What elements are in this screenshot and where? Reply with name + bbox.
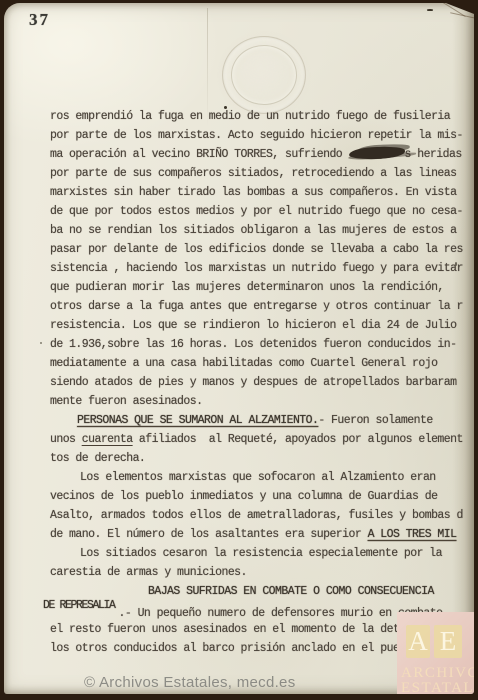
text-line: mediatamente a una casa habilitadas como… — [50, 354, 474, 373]
scan-background: { "page": { "number": "37" }, "watermark… — [0, 0, 478, 700]
text-segment: - Fueron solamente — [318, 414, 432, 427]
ink-speck — [40, 342, 42, 344]
text-segment: A LOS TRES MIL — [368, 528, 457, 541]
text-segment: de que por todos estos medios y por el n… — [50, 205, 463, 218]
text-line: PERSONAS QUE SE SUMARON AL ALZAMIENTO.- … — [77, 411, 474, 430]
text-line: ma operación al vecino BRIÑO TORRES, suf… — [50, 145, 474, 164]
text-segment: de mano. El número de los asaltantes era… — [50, 528, 368, 541]
text-segment: ros emprendió la fuga en medio de un nut… — [50, 110, 450, 123]
text-segment: PERSONAS QUE SE SUMARON AL ALZAMIENTO. — [77, 414, 318, 427]
text-line: que pudieran morir las mujeres determina… — [50, 278, 474, 297]
text-line: de que por todos estos medios y por el n… — [50, 202, 474, 221]
text-line: resistencia. Los que se rindieron lo hic… — [50, 316, 474, 335]
text-line: ba no se rendian los sitiados obligaron … — [50, 221, 474, 240]
ae-logo-letter-e: E — [440, 626, 457, 657]
text-line: pasar por delante de los edificios donde… — [50, 240, 474, 259]
text-segment: tos de derecha. — [50, 452, 145, 465]
text-segment: Los elementos marxistas que sofocaron al… — [80, 471, 436, 484]
text-segment: los otros conducidos al barco prisión an… — [50, 642, 437, 655]
text-segment: afiliados al Requeté, apoyados por algun… — [133, 433, 463, 446]
text-segment: carestia de armas y municiones. — [50, 566, 247, 579]
text-line: ros emprendió la fuga en medio de un nut… — [50, 107, 474, 126]
typewritten-text: ros emprendió la fuga en medio de un nut… — [50, 107, 474, 658]
text-line: unos cuarenta afiliados al Requeté, apoy… — [50, 430, 474, 449]
estatales-watermark-text: ESTATALES — [401, 680, 474, 694]
text-line: mente fueron asesinados. — [50, 392, 474, 411]
text-segment: mediatamente a una casa habilitadas como… — [50, 357, 437, 370]
text-segment: .- Un pequeño numero de defensores murio… — [119, 607, 443, 620]
text-line: carestia de armas y municiones. — [50, 563, 474, 582]
ink-speck — [427, 9, 433, 11]
copyright-watermark: © Archivos Estatales, mecd.es — [84, 674, 296, 691]
text-segment: siendo atados de pies y manos y despues … — [50, 376, 456, 389]
page-number: 37 — [29, 10, 50, 30]
text-segment: resistencia. Los que se rindieron lo hic… — [50, 319, 456, 332]
text-segment: por parte de los marxistas. Acto seguido… — [50, 129, 463, 142]
text-segment: marxistes sin haber tirado las bombas a … — [50, 186, 456, 199]
text-segment: Asalto, armados todos ellos de ametralla… — [50, 509, 463, 522]
text-line: BAJAS SUFRIDAS EN COMBATE O COMO CONSECU… — [148, 582, 474, 601]
text-segment: BAJAS SUFRIDAS EN COMBATE O COMO CONSECU… — [148, 585, 434, 598]
text-line: Los sitiados cesaron la resistencia espe… — [80, 544, 474, 563]
text-line: Asalto, armados todos ellos de ametralla… — [50, 506, 474, 525]
text-segment: de 1.936,sobre las 16 horas. Los detenid… — [50, 338, 456, 351]
text-line: por parte de los marxistas. Acto seguido… — [50, 126, 474, 145]
ae-logo-letter-a: A — [408, 626, 428, 657]
text-segment: cuarenta — [82, 433, 133, 446]
text-line: de mano. El número de los asaltantes era… — [50, 525, 474, 544]
text-segment: DE REPRESALIA — [43, 599, 115, 612]
text-segment: por parte de sus compañeros sitiados, re… — [50, 167, 456, 180]
text-segment: que pudieran morir las mujeres determina… — [50, 281, 444, 294]
text-line: Los elementos marxistas que sofocaron al… — [80, 468, 474, 487]
text-segment: el resto fueron unos asesinados en el mo… — [50, 623, 450, 636]
text-line: sistencia , haciendo los marxistas un nu… — [50, 259, 474, 278]
text-segment: ma operación al vecino BRIÑO TORRES, suf… — [50, 148, 349, 161]
text-segment: s heridas — [405, 148, 462, 161]
ae-logo-a-square: A — [406, 625, 430, 658]
text-segment: pasar por delante de los edificios donde… — [50, 243, 463, 256]
text-line: otros darse a la fuga antes que entregar… — [50, 297, 474, 316]
ae-logo-e-square: E — [434, 625, 462, 658]
text-line: marxistes sin haber tirado las bombas a … — [50, 183, 474, 202]
text-segment: mente fueron asesinados. — [50, 395, 202, 408]
embossed-seal — [222, 36, 306, 114]
text-line: siendo atados de pies y manos y despues … — [50, 373, 474, 392]
text-segment: unos — [50, 433, 82, 446]
text-line: tos de derecha. — [50, 449, 474, 468]
text-segment: sistencia , haciendo los marxistas un nu… — [50, 262, 463, 275]
ink-blot — [348, 146, 405, 161]
archive-watermark-block: A E ARCHIVOS ESTATALES — [397, 612, 474, 694]
text-segment: ba no se rendian los sitiados obligaron … — [50, 224, 456, 237]
text-segment: otros darse a la fuga antes que entregar… — [50, 300, 463, 313]
text-line: de 1.936,sobre las 16 horas. Los detenid… — [50, 335, 474, 354]
document-page: 37 ros emprendió la fuga en medio de un … — [4, 3, 474, 694]
text-segment: Los sitiados cesaron la resistencia espe… — [80, 547, 442, 560]
text-line: vecinos de los pueblo inmediatos y una c… — [50, 487, 474, 506]
text-line: por parte de sus compañeros sitiados, re… — [50, 164, 474, 183]
text-segment: vecinos de los pueblo inmediatos y una c… — [50, 490, 437, 503]
